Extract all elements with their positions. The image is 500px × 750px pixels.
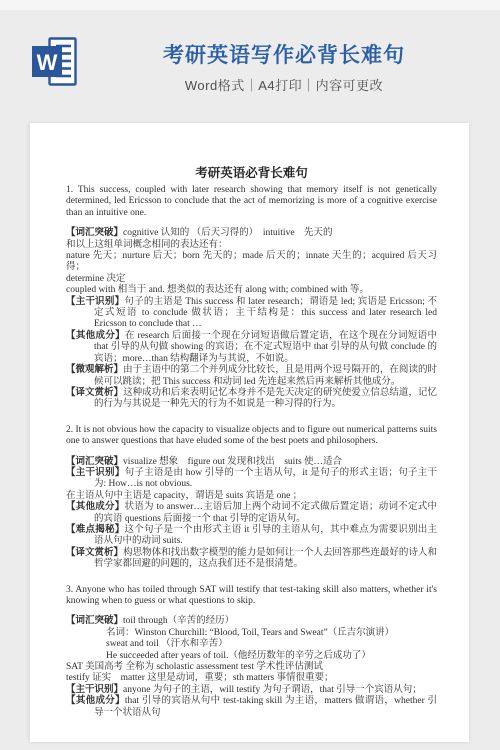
doc-line: 和以上这组单词概念相同的表达还有： [66, 240, 437, 251]
document-page: 考研英语必背长难句 1. This success, coupled with … [29, 123, 469, 742]
doc-line: 【微观解析】由于主语中的第二个并列成分比较长，且是用两个逗号隔开的，在阅读的时候… [66, 365, 437, 388]
section-label: 【译文赏析】 [66, 388, 123, 398]
doc-line: sweat and toil （汗水和辛苦） [66, 639, 437, 650]
doc-line: SAT 美国高考 全称为 scholastic assessment test … [66, 662, 437, 673]
doc-line: 在主语从句中主语是 capacity，谓语是 suits 宾语是 one ； [66, 491, 437, 502]
page-title: 考研英语写作必背长难句 [82, 44, 486, 68]
page-subtitle: Word格式｜A4打印｜内容可更改 [82, 75, 486, 94]
doc-line: 名词：Winston Churchill: “Blood, Toil, Tear… [66, 628, 437, 639]
section-label: 【主干识别】 [66, 685, 123, 695]
doc-line: 【主干识别】句子的主语是 This success 和 later resear… [66, 297, 437, 331]
doc-line: nature 先天；nurture 后天；born 先天的；made 后天的；i… [66, 251, 437, 274]
doc-line: 【难点揭秘】这个句子是一个由形式主语 it 引导的主语从句，其中难点为需要识别出… [66, 525, 437, 548]
word-logo-icon: W [31, 36, 79, 88]
doc-line: 【其他成分】在 research 后面接一个现在分词短语做后置定语，在这个现在分… [66, 331, 437, 365]
doc-blocks: 1. This success, coupled with later rese… [66, 185, 437, 719]
app-header: W 考研英语写作必背长难句 Word格式｜A4打印｜内容可更改 [0, 0, 500, 123]
doc-line: 【译文赏析】这种成功和后来表明记忆本身并不是先天决定的研究使爱立信总结道，记忆的… [66, 388, 437, 411]
document-title: 考研英语必背长难句 [66, 165, 437, 181]
svg-text:W: W [37, 50, 58, 75]
doc-line: testify 证实 matter 这里是动词，重要；sth matters 事… [66, 673, 437, 684]
section-label: 【其他成分】 [66, 502, 125, 512]
doc-line: 【词汇突破】toil through（辛苦的经历） [66, 616, 437, 627]
doc-sentence: 2. It is not obvious how the capacity to… [66, 425, 437, 448]
doc-line: 【译文赏析】构思物体和找出数字模型的能力是如何让一个人去回答那些连最好的诗人和哲… [66, 548, 437, 571]
doc-line: 【其他成分】that 引导的宾语从句中 test-taking skill 为主… [66, 696, 437, 719]
doc-sentence: 1. This success, coupled with later rese… [66, 185, 437, 219]
doc-line: determine 决定 [66, 274, 437, 285]
section-label: 【其他成分】 [66, 331, 125, 341]
section-label: 【主干识别】 [66, 468, 125, 478]
doc-line: 【主干识别】anyone 为句子的主语，will testify 为句子谓语，t… [66, 685, 437, 696]
doc-line: 【词汇突破】cognitive 认知的 （后天习得的） intuitive 先天… [66, 228, 437, 239]
doc-line: 【主干识别】句子主语是由 how 引导的一个主语从句，it 是句子的形式主语；句… [66, 468, 437, 491]
doc-line: He succeeded after years of toil.（他经历数年的… [66, 651, 437, 662]
section-label: 【词汇突破】 [66, 228, 123, 238]
section-label: 【难点揭秘】 [66, 525, 125, 535]
section-label: 【词汇突破】 [66, 616, 123, 626]
doc-line: 【其他成分】状语为 to answer…主语后加上两个动词不定式做后置定语；动词… [66, 502, 437, 525]
doc-line: coupled with 相当于 and. 想类似的表达还有 along wit… [66, 285, 437, 296]
section-label: 【词汇突破】 [66, 457, 123, 467]
section-label: 【其他成分】 [66, 696, 125, 706]
doc-sentence: 3. Anyone who has toiled through SAT wil… [66, 585, 437, 608]
header-text: 考研英语写作必背长难句 Word格式｜A4打印｜内容可更改 [82, 44, 486, 94]
section-label: 【微观解析】 [66, 365, 123, 375]
section-label: 【主干识别】 [66, 297, 124, 307]
doc-line: 【词汇突破】visualize 想象 figure out 发现和找出 suit… [66, 457, 437, 468]
page-background: W 考研英语写作必背长难句 Word格式｜A4打印｜内容可更改 考研英语必背长难… [0, 0, 500, 750]
section-label: 【译文赏析】 [66, 548, 123, 558]
